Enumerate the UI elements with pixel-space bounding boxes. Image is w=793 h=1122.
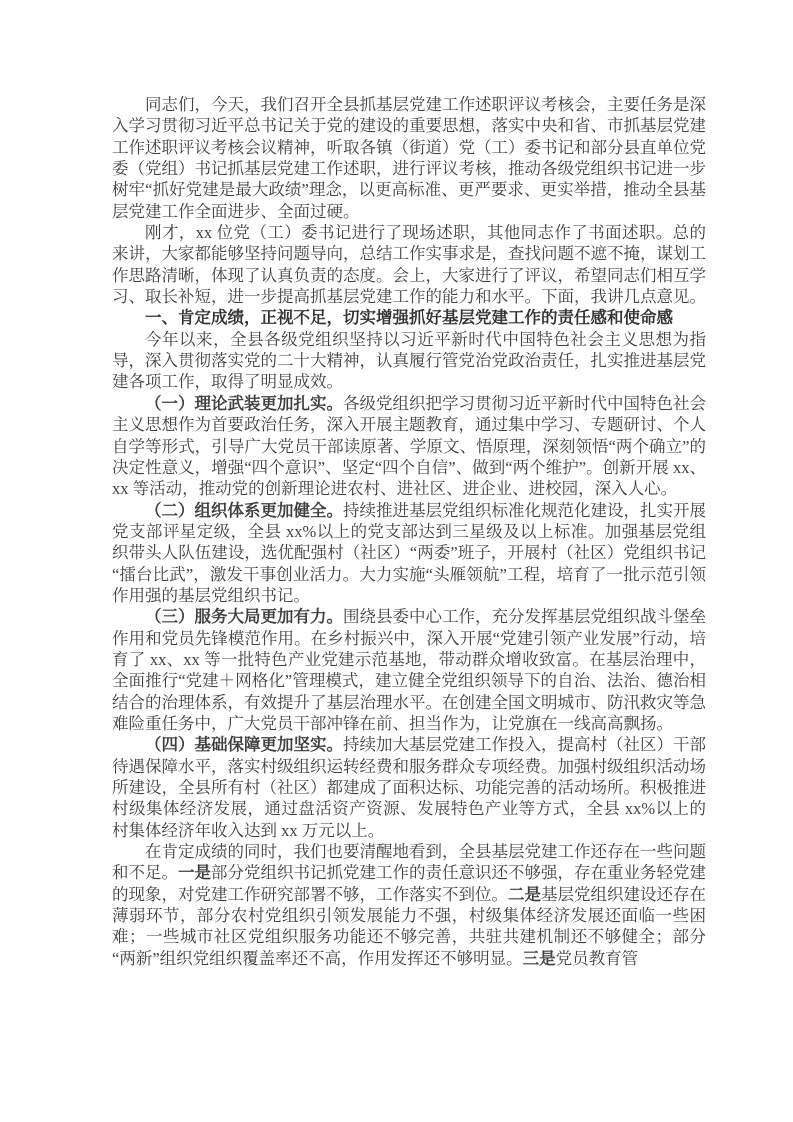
paragraph: （四）基础保障更加坚实。持续加大基层党建工作投入，提高村（社区）干部待遇保障水平… bbox=[112, 734, 706, 841]
paragraph: 在肯定成绩的同时，我们也要清醒地看到，全县基层党建工作还存在一些问题和不足。一是… bbox=[112, 841, 706, 969]
text-run: 党员教育管 bbox=[556, 949, 639, 968]
text-run: 今年以来，全县各级党组织坚持以习近平新时代中国特色社会主义思想为指导，深入贯彻落… bbox=[112, 330, 706, 392]
document-body: 同志们，今天，我们召开全县抓基层党建工作述职评议考核会，主要任务是深入学习贯彻习… bbox=[112, 94, 706, 969]
bold-text-run: 三是 bbox=[523, 949, 556, 968]
bold-text-run: 一、肯定成绩，正视不足，切实增强抓好基层党建工作的责任感和使命感 bbox=[145, 308, 673, 327]
document-page: 同志们，今天，我们召开全县抓基层党建工作述职评议考核会，主要任务是深入学习贯彻习… bbox=[0, 0, 793, 1122]
paragraph: （三）服务大局更加有力。围绕县委中心工作，充分发挥基层党组织战斗堡垒作用和党员先… bbox=[112, 606, 706, 734]
bold-text-run: 一是 bbox=[178, 863, 211, 882]
bold-text-run: （三）服务大局更加有力。 bbox=[145, 607, 343, 626]
paragraph: 同志们，今天，我们召开全县抓基层党建工作述职评议考核会，主要任务是深入学习贯彻习… bbox=[112, 94, 706, 222]
text-run: 刚才，xx 位党（工）委书记进行了现场述职，其他同志作了书面述职。总的来讲，大家… bbox=[112, 223, 706, 306]
paragraph: （二）组织体系更加健全。持续推进基层党组织标准化规范化建设，扎实开展党支部评星定… bbox=[112, 500, 706, 607]
bold-text-run: （二）组织体系更加健全。 bbox=[145, 501, 343, 520]
bold-text-run: 二是 bbox=[508, 885, 541, 904]
section-heading: 一、肯定成绩，正视不足，切实增强抓好基层党建工作的责任感和使命感 bbox=[112, 307, 706, 328]
text-run: 同志们，今天，我们召开全县抓基层党建工作述职评议考核会，主要任务是深入学习贯彻习… bbox=[112, 95, 706, 221]
bold-text-run: （一）理论武装更加扎实。 bbox=[145, 394, 343, 413]
paragraph: 刚才，xx 位党（工）委书记进行了现场述职，其他同志作了书面述职。总的来讲，大家… bbox=[112, 222, 706, 307]
bold-text-run: （四）基础保障更加坚实。 bbox=[145, 735, 343, 754]
paragraph: （一）理论武装更加扎实。各级党组织把学习贯彻习近平新时代中国特色社会主义思想作为… bbox=[112, 393, 706, 500]
paragraph: 今年以来，全县各级党组织坚持以习近平新时代中国特色社会主义思想为指导，深入贯彻落… bbox=[112, 329, 706, 393]
